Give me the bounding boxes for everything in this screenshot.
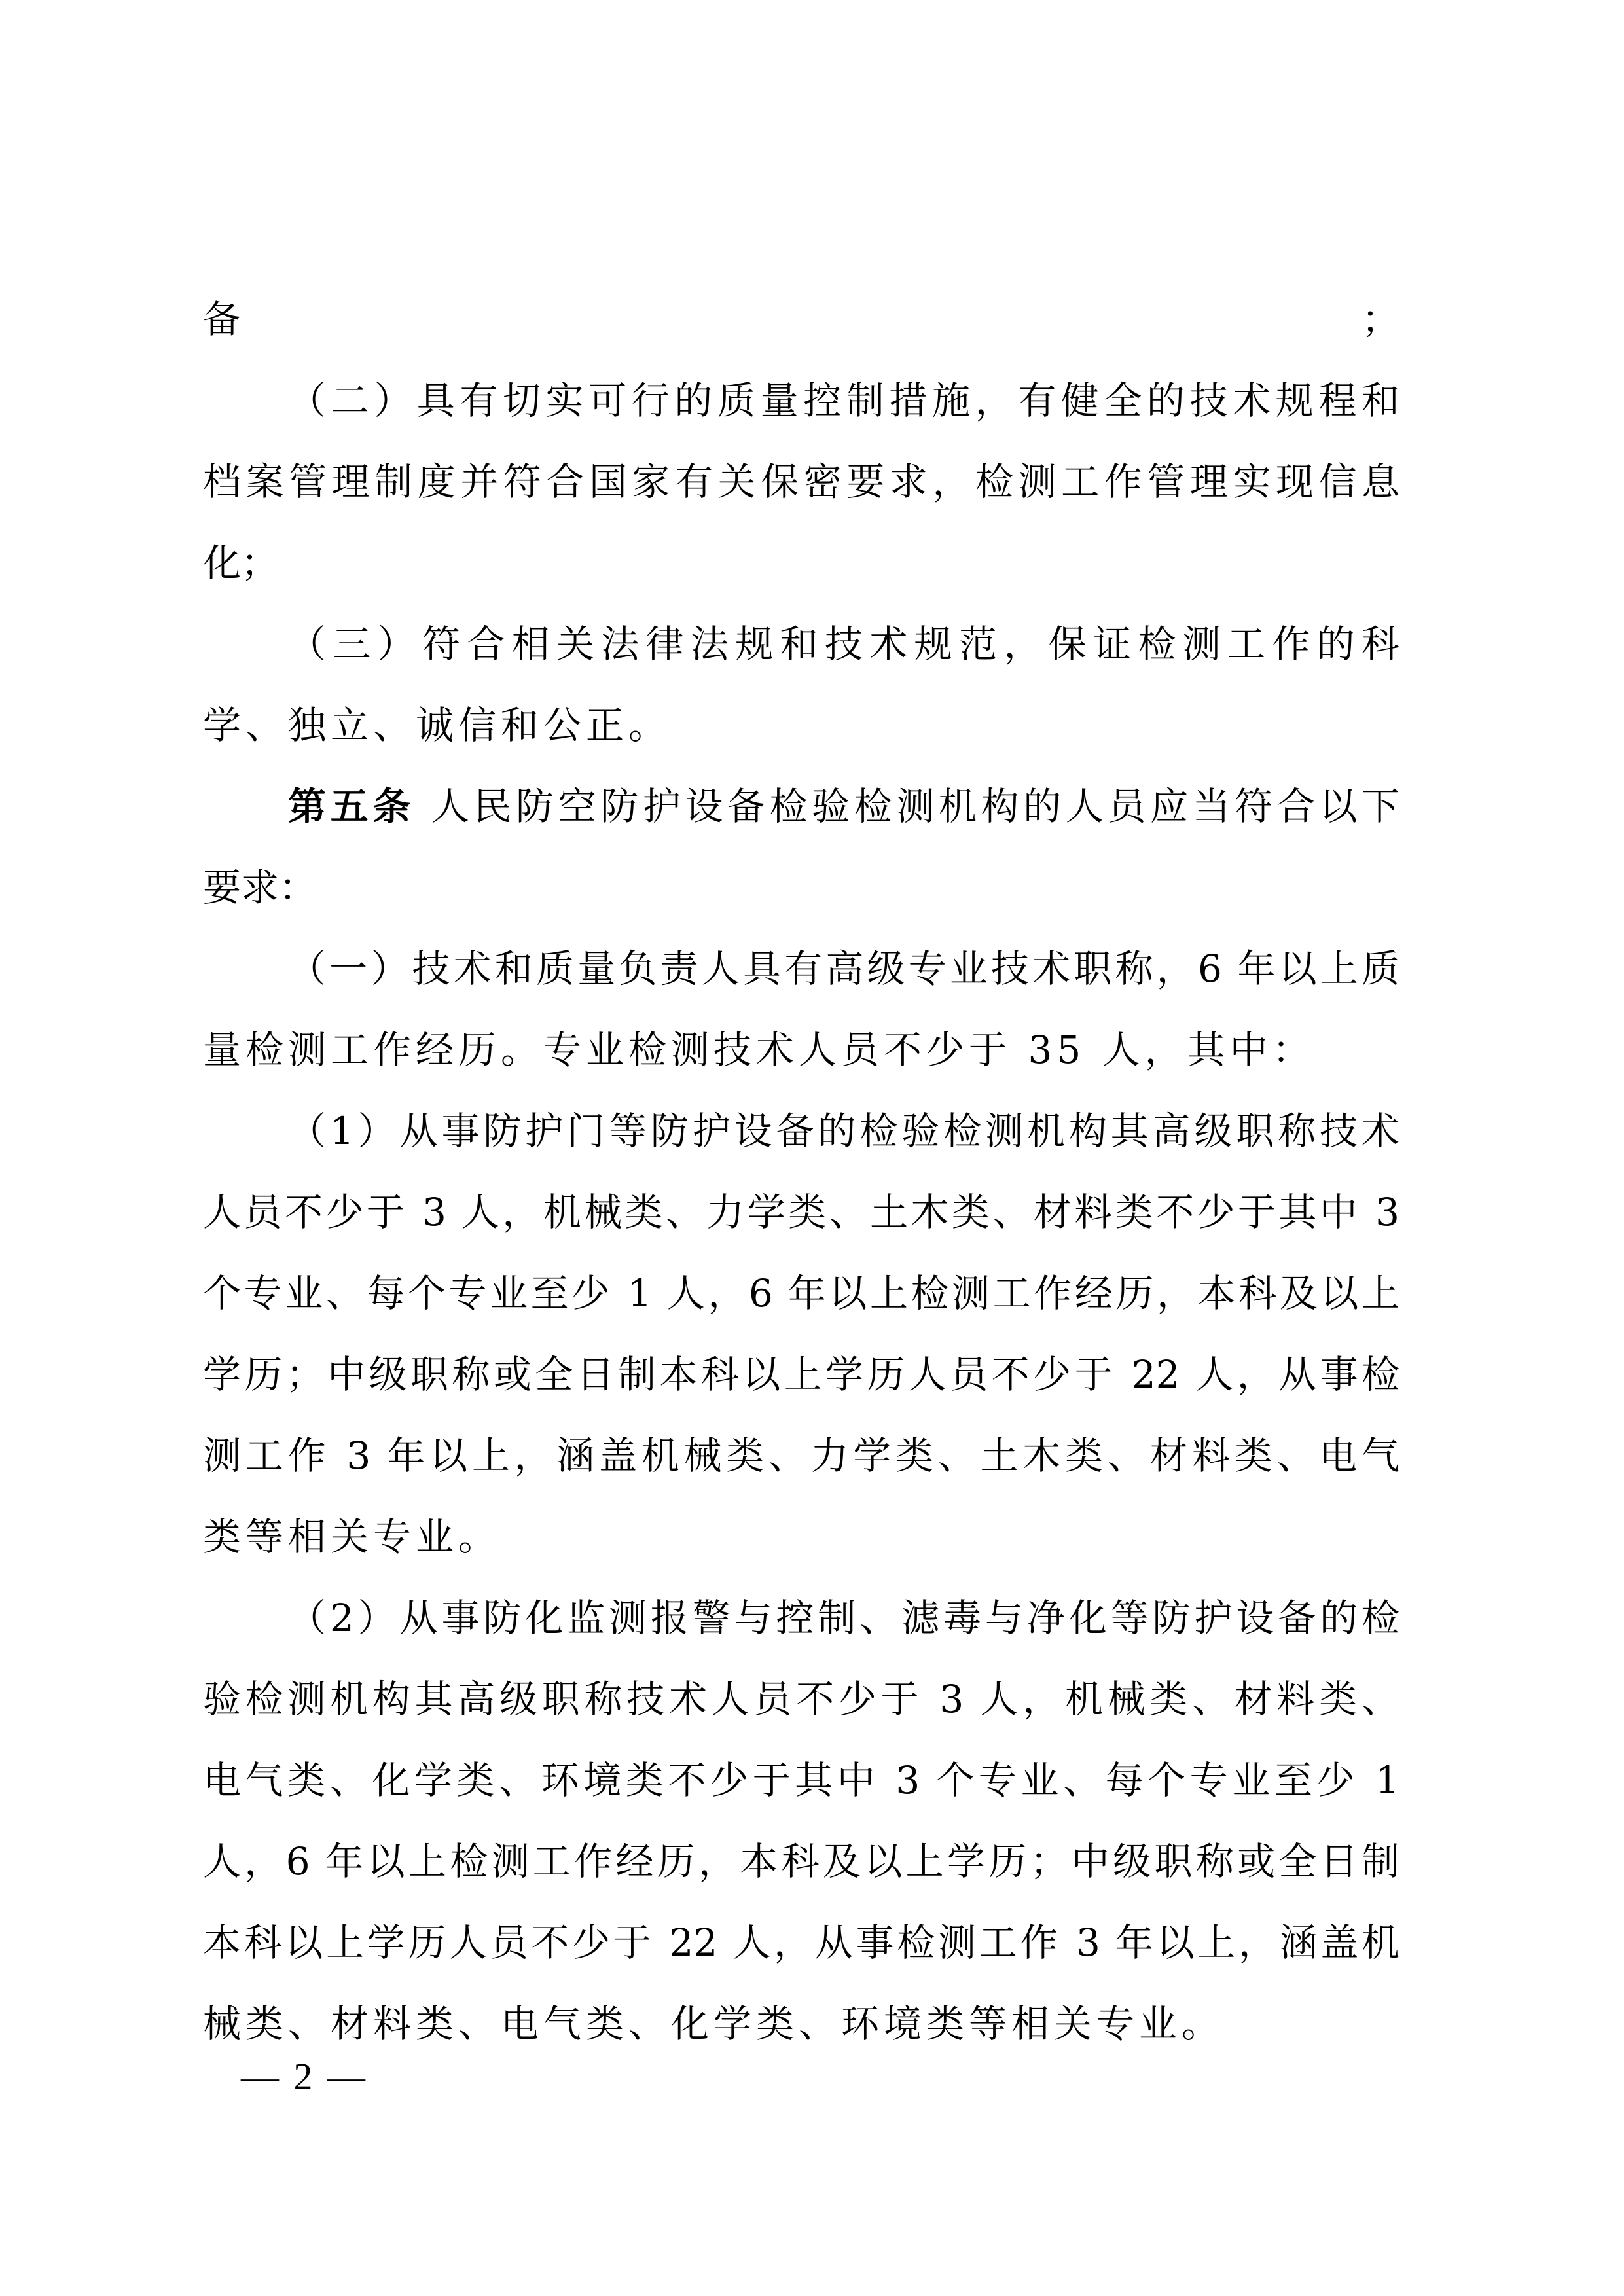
- text-line: 电气类、化学类、环境类不少于其中 3 个专业、每个专业至少 1: [203, 1754, 1399, 1806]
- text-line: 测工作 3 年以上，涵盖机械类、力学类、土木类、材料类、电气: [203, 1429, 1399, 1482]
- page-number: — 2 —: [241, 2054, 368, 2100]
- article-heading-line: 第五条 人民防空防护设备检验检测机构的人员应当符合以下: [203, 780, 1399, 833]
- text-line: 个专业、每个专业至少 1 人，6 年以上检测工作经历，本科及以上: [203, 1267, 1399, 1319]
- text-line: 化；: [203, 537, 1399, 589]
- text-line: 备；: [203, 293, 1399, 346]
- text-line: （2）从事防化监测报警与控制、滤毒与净化等防护设备的检: [203, 1592, 1399, 1644]
- text-line: 要求：: [203, 861, 1399, 914]
- document-page: 备； （二）具有切实可行的质量控制措施，有健全的技术规程和 档案管理制度并符合国…: [0, 0, 1624, 2296]
- text-line: 本科以上学历人员不少于 22 人，从事检测工作 3 年以上，涵盖机: [203, 1916, 1399, 1969]
- text-line: 械类、材料类、电气类、化学类、环境类等相关专业。: [203, 1998, 1399, 2050]
- text-line: 人员不少于 3 人，机械类、力学类、土木类、材料类不少于其中 3: [203, 1186, 1399, 1238]
- text-line: 档案管理制度并符合国家有关保密要求，检测工作管理实现信息: [203, 456, 1399, 508]
- text-line: 学历；中级职称或全日制本科以上学历人员不少于 22 人，从事检: [203, 1348, 1399, 1401]
- text-line: 学、独立、诚信和公正。: [203, 699, 1399, 751]
- text-line: 人，6 年以上检测工作经历，本科及以上学历；中级职称或全日制: [203, 1835, 1399, 1888]
- text-line: （二）具有切实可行的质量控制措施，有健全的技术规程和: [203, 374, 1399, 427]
- text-line: 验检测机构其高级职称技术人员不少于 3 人，机械类、材料类、: [203, 1673, 1399, 1725]
- text-line: 量检测工作经历。专业检测技术人员不少于 35 人，其中：: [203, 1024, 1399, 1076]
- article-number: 第五条: [288, 784, 415, 829]
- text-line: 类等相关专业。: [203, 1511, 1399, 1563]
- text-line: （三）符合相关法律法规和技术规范，保证检测工作的科: [203, 618, 1399, 670]
- article-text: 人民防空防护设备检验检测机构的人员应当符合以下: [415, 784, 1399, 829]
- text-line: （1）从事防护门等防护设备的检验检测机构其高级职称技术: [203, 1105, 1399, 1157]
- text-line: （一）技术和质量负责人具有高级专业技术职称，6 年以上质: [203, 942, 1399, 995]
